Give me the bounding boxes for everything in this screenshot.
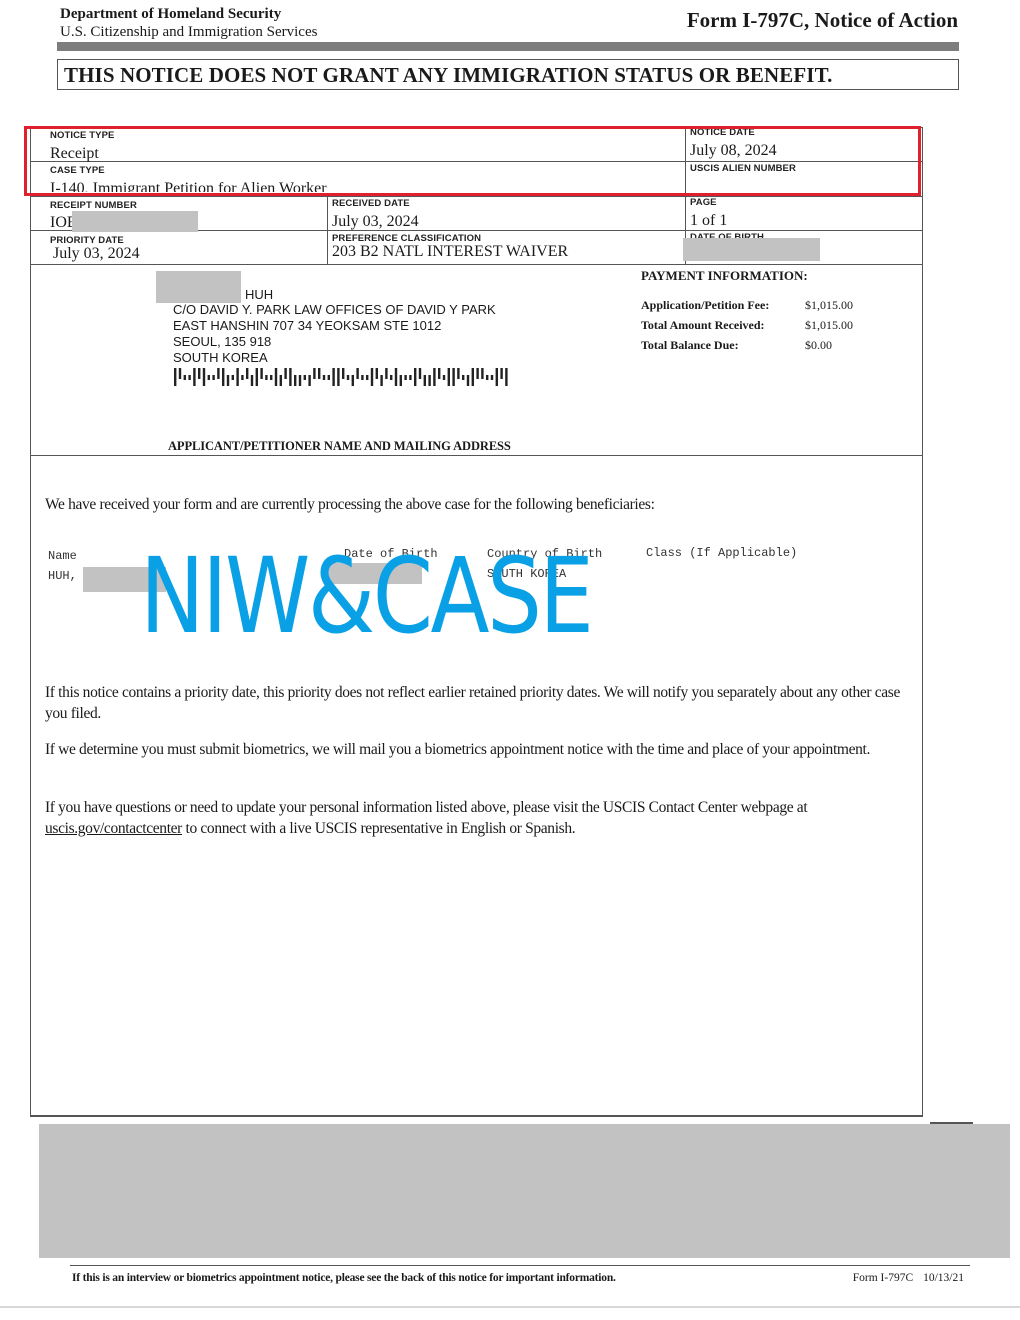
contact-center-link[interactable]: uscis.gov/contactcenter <box>45 820 182 837</box>
contact-text: If you have questions or need to update … <box>45 799 807 816</box>
address-line-1: C/O DAVID Y. PARK LAW OFFICES OF DAVID Y… <box>173 302 496 318</box>
payment-label: Total Amount Received: <box>641 318 765 333</box>
intro-text: We have received your form and are curre… <box>45 494 925 515</box>
contact-text-end: to connect with a live USCIS representat… <box>182 820 575 837</box>
page-label: PAGE <box>690 197 717 208</box>
beneficiary-name: HUH, <box>48 569 77 583</box>
address-line-3: SEOUL, 135 918 <box>173 334 271 350</box>
priority-date-value: July 03, 2024 <box>53 245 140 263</box>
payment-value: $1,015.00 <box>805 298 853 313</box>
footer-divider <box>70 1265 970 1266</box>
footer-form-id: Form I-797C10/13/21 <box>853 1272 964 1284</box>
address-line-2: EAST HANSHIN 707 34 YEOKSAM STE 1012 <box>173 318 441 334</box>
preference-classification-value: 203 B2 NATL INTEREST WAIVER <box>332 243 568 261</box>
payment-label: Application/Petition Fee: <box>641 298 769 313</box>
payment-value: $1,015.00 <box>805 318 853 333</box>
grid-line <box>327 196 328 264</box>
grid-line <box>31 1115 922 1116</box>
postal-barcode-icon <box>174 368 510 386</box>
watermark-text: NIW&CASE <box>140 544 591 648</box>
redaction-bottom-section <box>39 1124 1010 1258</box>
warning-text: THIS NOTICE DOES NOT GRANT ANY IMMIGRATI… <box>64 63 832 88</box>
beneficiary-header-name: Name <box>48 549 77 563</box>
grid-line <box>31 455 922 456</box>
address-caption: APPLICANT/PETITIONER NAME AND MAILING AD… <box>168 439 511 454</box>
address-line-4: SOUTH KOREA <box>173 350 268 366</box>
redaction-receipt-number <box>72 211 198 232</box>
biometrics-paragraph: If we determine you must submit biometri… <box>45 739 925 760</box>
warning-banner: THIS NOTICE DOES NOT GRANT ANY IMMIGRATI… <box>57 59 959 90</box>
contact-paragraph: If you have questions or need to update … <box>45 797 925 839</box>
payment-label: Total Balance Due: <box>641 338 739 353</box>
corner-mark <box>930 1122 973 1124</box>
page-edge <box>0 1306 1020 1308</box>
redaction-date-of-birth <box>683 238 820 261</box>
redaction-applicant-name <box>156 271 241 303</box>
received-date-value: July 03, 2024 <box>332 213 419 231</box>
agency-name: Department of Homeland Security <box>60 6 281 23</box>
address-name: HUH <box>245 287 273 303</box>
grid-line <box>31 196 922 197</box>
footer-note: If this is an interview or biometrics ap… <box>72 1272 616 1284</box>
payment-value: $0.00 <box>805 338 832 353</box>
subagency-name: U.S. Citizenship and Immigration Service… <box>60 24 317 41</box>
highlight-annotation-box <box>24 126 921 196</box>
form-version: 10/13/21 <box>923 1272 964 1284</box>
page-value: 1 of 1 <box>690 212 727 230</box>
beneficiary-header-class: Class (If Applicable) <box>646 546 797 560</box>
header-divider-bar <box>57 42 959 51</box>
priority-date-paragraph: If this notice contains a priority date,… <box>45 682 925 724</box>
form-id: Form I-797C <box>853 1272 913 1284</box>
received-date-label: RECEIVED DATE <box>332 198 410 209</box>
form-title: Form I-797C, Notice of Action <box>687 8 958 33</box>
payment-title: PAYMENT INFORMATION: <box>641 268 808 284</box>
grid-line <box>31 264 922 265</box>
receipt-number-label: RECEIPT NUMBER <box>50 200 137 211</box>
